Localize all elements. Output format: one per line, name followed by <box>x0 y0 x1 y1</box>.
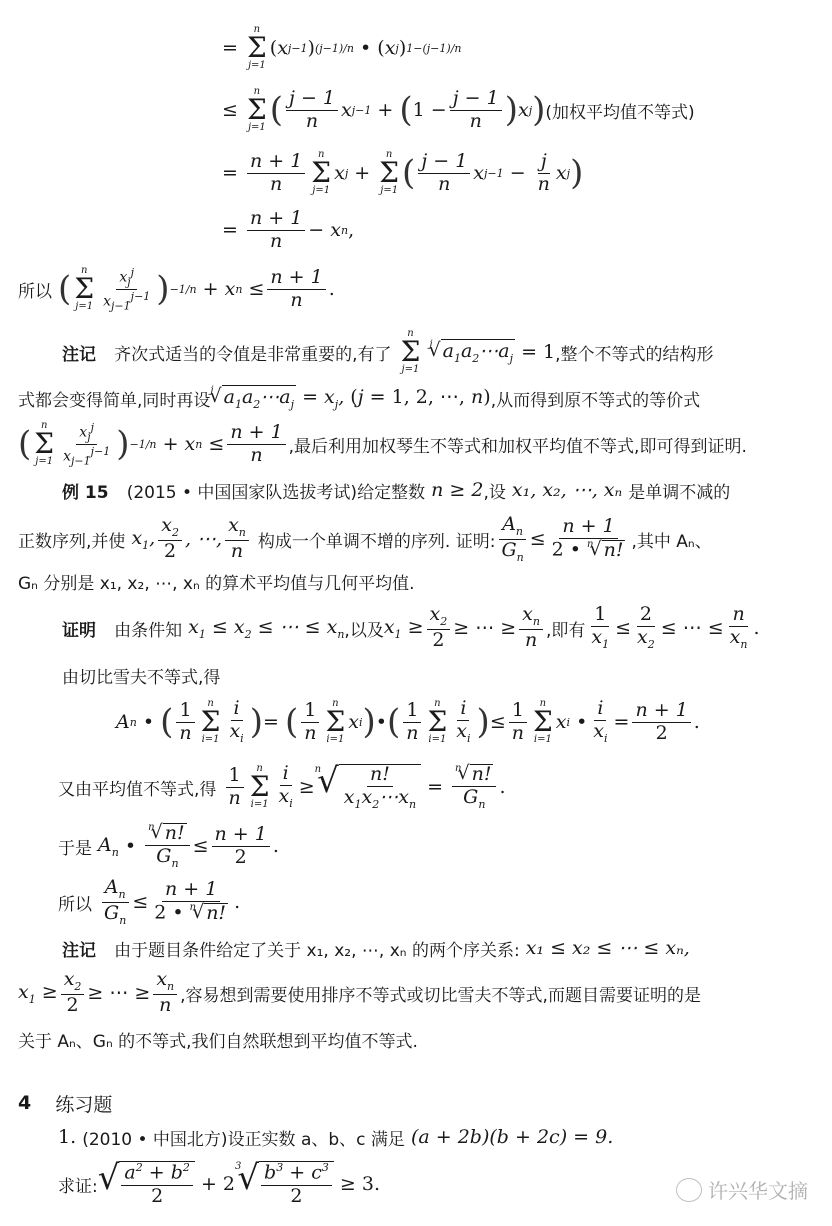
note1-line-3: (nΣj=1 xjjxj−1j−1)−1/n + xn ≤n + 1n ,最后利… <box>18 414 747 474</box>
example15-line-3: Gₙ 分别是 x₁, x₂, ⋯, xₙ 的算术平均值与几何平均值. <box>18 566 415 596</box>
section-number: 4 <box>18 1092 31 1114</box>
note1-line-1: 注记 齐次式适当的令值是非常重要的,有了 nΣj=1 j√a1a2⋯aj = 1… <box>62 326 714 378</box>
derivation-line-3: = n + 1n nΣj=1xj + nΣj=1 (j − 1nxj−1 − j… <box>222 142 583 204</box>
section-heading: 4 练习题 <box>18 1088 112 1118</box>
conclusion-line: 所以 (nΣj=1 xjjxj−1j−1)−1/n + xn ≤ n + 1n. <box>18 258 335 320</box>
example15-line-1: 例 15 (2015 • 中国国家队选拔考试) 给定整数 n ≥ 2 ,设 x₁… <box>62 474 730 506</box>
weighted-mean-note: (加权平均值不等式) <box>545 98 694 123</box>
proof-label: 证明 <box>62 616 96 641</box>
note1-line-2: 式都会变得简单,同时再设 j√a1a2⋯aj = xj, (j = 1, 2, … <box>18 380 700 416</box>
proof-line-2: 由切比雪夫不等式,得 <box>62 660 220 690</box>
note-label: 注记 <box>62 340 96 365</box>
example-label: 例 15 <box>62 478 109 503</box>
sum-symbol: nΣj=1 <box>247 25 267 70</box>
derivation-line-1: = nΣj=1 (xj−1)(j−1)/n • (xj)1−(j−1)/n <box>222 18 461 78</box>
wechat-icon <box>676 1178 702 1202</box>
proof-line-4: 又由平均值不等式,得 1nnΣi=1 ixi≥ n√n!x1x2⋯xn = n√… <box>58 758 506 816</box>
problem-1-prove: 求证: √a2 + b22 + 23√b3 + c32 ≥ 3. <box>58 1156 380 1212</box>
watermark-text: 许兴华文摘 <box>708 1175 808 1204</box>
derivation-line-4: = n + 1n− xn, <box>222 204 354 256</box>
watermark: 许兴华文摘 <box>676 1175 808 1204</box>
proof-line-1: 证明 由条件知 x1 ≤ x2 ≤ ⋯ ≤ xn,以及 x1 ≥x22≥ ⋯ ≥… <box>62 600 760 656</box>
note2-line-3: 关于 Aₙ、Gₙ 的不等式,我们自然联想到平均值不等式. <box>18 1024 418 1054</box>
note2-line-1: 注记 由于题目条件给定了关于 x₁, x₂, ⋯, xₙ 的两个序关系: x₁ … <box>62 932 690 964</box>
example-source: (2015 • 中国国家队选拔考试) <box>127 478 357 503</box>
example15-line-2: 正数序列,并使 x1,x22, ⋯, xnn 构成一个单调不增的序列. 证明: … <box>18 508 712 570</box>
proof-line-5: 于是 An • n√n!Gn ≤n + 12. <box>58 818 279 874</box>
equals-op: = <box>222 37 238 59</box>
section-title: 练习题 <box>55 1090 112 1117</box>
derivation-line-2: ≤ nΣj=1 ( j − 1nxj−1 + (1 − j − 1n)xj) (… <box>222 78 695 142</box>
problem-1-statement: 1. (2010 • 中国北方) 设正实数 a、b、c 满足 (a + 2b)(… <box>58 1122 613 1152</box>
proof-line-6: 所以 AnGn≤ n + 12 • n√n!. <box>58 874 240 930</box>
note2-line-2: x1 ≥x22≥ ⋯ ≥ xnn ,容易想到需要使用排序不等式或切比雪夫不等式,… <box>18 964 701 1022</box>
proof-line-3: An • (1nnΣi=1ixi) = (1nnΣi=1xi)• (1nnΣi=… <box>116 690 700 754</box>
